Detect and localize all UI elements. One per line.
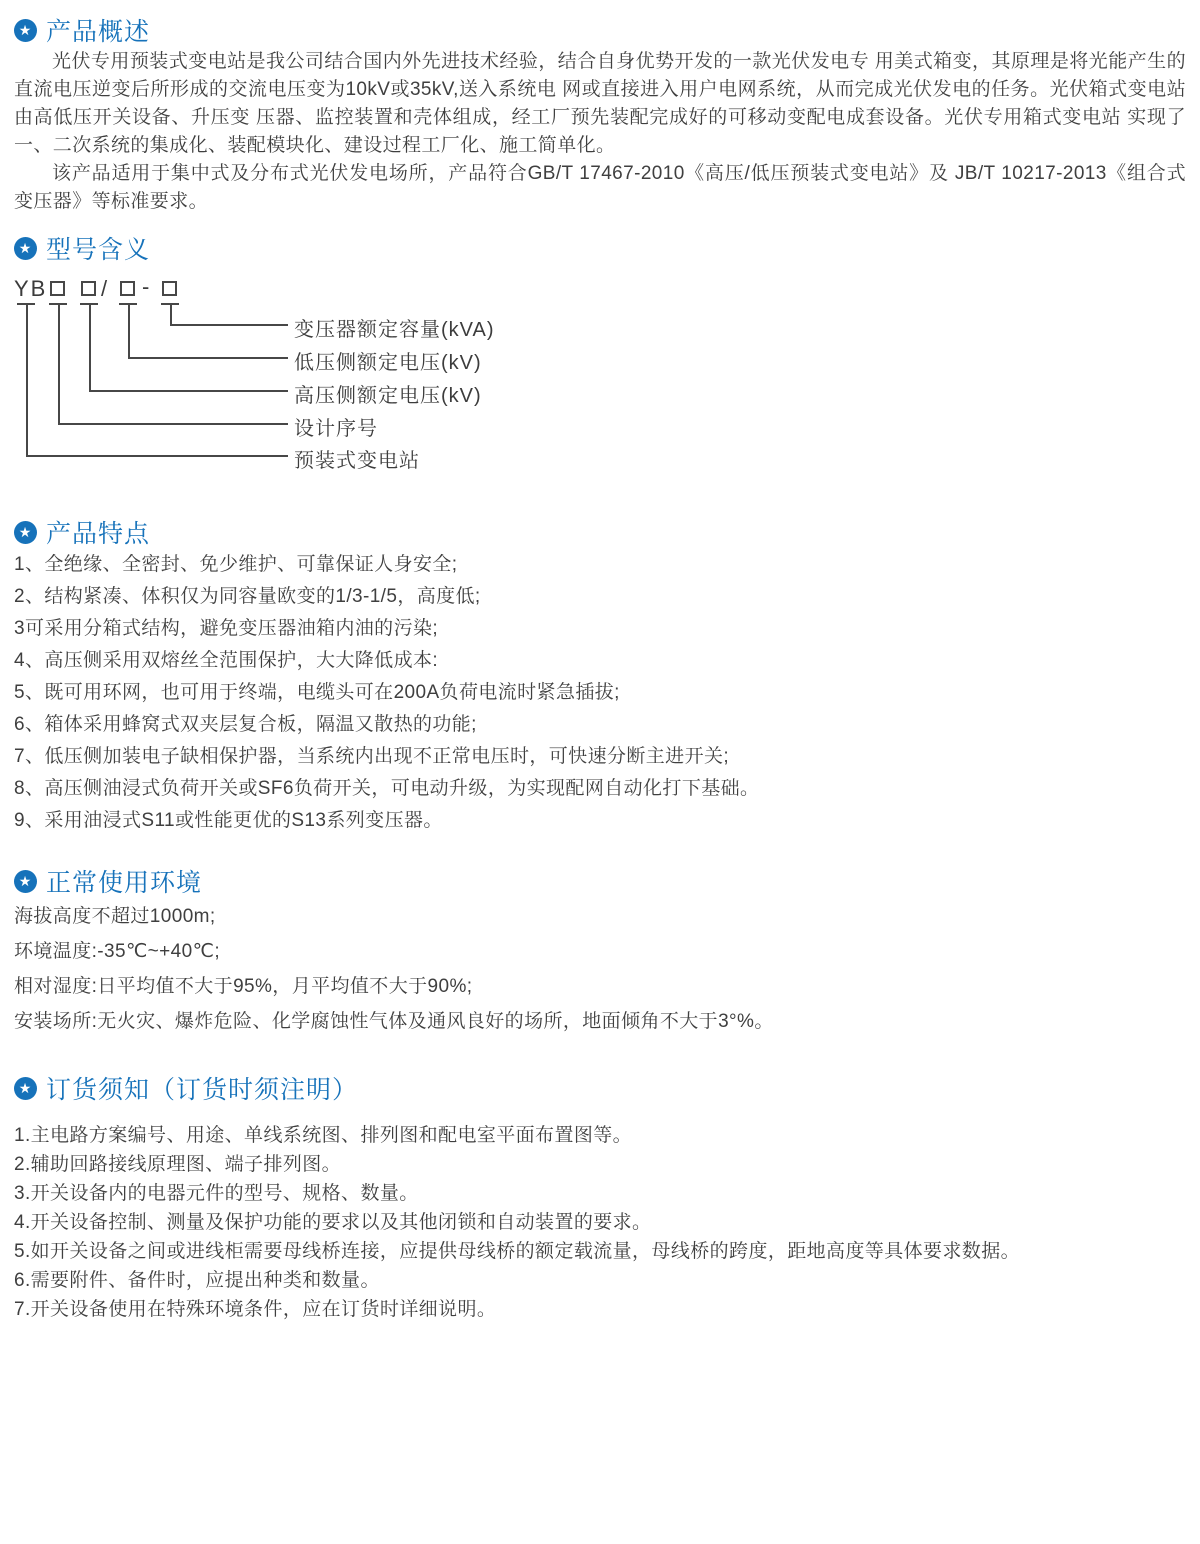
environment-item: 环境温度:-35℃~+40℃; xyxy=(14,934,1190,969)
features-list: 1、全绝缘、全密封、免少维护、可靠保证人身安全; 2、结构紧凑、体积仅为同容量欧… xyxy=(14,549,1190,837)
model-label-capacity: 变压器额定容量(kVA) xyxy=(294,313,495,342)
star-circle-icon: ★ xyxy=(14,1077,37,1100)
feature-item: 7、低压侧加装电子缺相保护器，当系统内出现不正常电压时，可快速分断主进开关; xyxy=(14,741,1190,773)
model-prefix: YB xyxy=(14,276,47,302)
overview-paragraph-1: 光伏专用预装式变电站是我公司结合国内外先进技术经验，结合自身优势开发的一款光伏发… xyxy=(14,48,1186,160)
ordering-item: 5.如开关设备之间或进线柜需要母线桥连接，应提供母线桥的额定载流量，母线桥的跨度… xyxy=(14,1237,1190,1266)
section-heading-features: ★ 产品特点 xyxy=(14,514,150,550)
overview-body: 光伏专用预装式变电站是我公司结合国内外先进技术经验，结合自身优势开发的一款光伏发… xyxy=(14,48,1186,216)
section-heading-model: ★ 型号含义 xyxy=(14,230,150,266)
overview-paragraph-2: 该产品适用于集中式及分布式光伏发电场所，产品符合GB/T 17467-2010《… xyxy=(14,160,1186,216)
feature-item: 8、高压侧油浸式负荷开关或SF6负荷开关，可电动升级，为实现配网自动化打下基础。 xyxy=(14,773,1190,805)
ordering-list: 1.主电路方案编号、用途、单线系统图、排列图和配电室平面布置图等。 2.辅助回路… xyxy=(14,1121,1190,1324)
feature-item: 2、结构紧凑、体积仅为同容量欧变的1/3-1/5，高度低; xyxy=(14,581,1190,613)
feature-item: 3可采用分箱式结构，避免变压器油箱内油的污染; xyxy=(14,613,1190,645)
section-title-overview: 产品概述 xyxy=(46,12,150,48)
star-circle-icon: ★ xyxy=(14,237,37,260)
environment-item: 安装场所:无火灾、爆炸危险、化学腐蚀性气体及通风良好的场所，地面倾角不大于3°%… xyxy=(14,1004,1190,1039)
star-circle-icon: ★ xyxy=(14,19,37,42)
feature-item: 6、箱体采用蜂窝式双夹层复合板，隔温又散热的功能; xyxy=(14,709,1190,741)
star-circle-icon: ★ xyxy=(14,521,37,544)
feature-item: 5、既可用环网，也可用于终端，电缆头可在200A负荷电流时紧急插拔; xyxy=(14,677,1190,709)
model-box-3 xyxy=(120,281,135,296)
feature-item: 4、高压侧采用双熔丝全范围保护，大大降低成本: xyxy=(14,645,1190,677)
feature-item: 9、采用油浸式S11或性能更优的S13系列变压器。 xyxy=(14,805,1190,837)
section-title-environment: 正常使用环境 xyxy=(46,863,202,899)
section-title-ordering: 订货须知（订货时须注明） xyxy=(46,1070,358,1106)
environment-list: 海拔高度不超过1000m; 环境温度:-35℃~+40℃; 相对湿度:日平均值不… xyxy=(14,899,1190,1039)
model-sep-slash: / xyxy=(101,276,109,302)
environment-item: 海拔高度不超过1000m; xyxy=(14,899,1190,934)
catalog-page: ★ 产品概述 光伏专用预装式变电站是我公司结合国内外先进技术经验，结合自身优势开… xyxy=(0,0,1200,1544)
ordering-item: 1.主电路方案编号、用途、单线系统图、排列图和配电室平面布置图等。 xyxy=(14,1121,1190,1150)
ordering-item: 7.开关设备使用在特殊环境条件，应在订货时详细说明。 xyxy=(14,1295,1190,1324)
ordering-item: 6.需要附件、备件时，应提出种类和数量。 xyxy=(14,1266,1190,1295)
section-heading-overview: ★ 产品概述 xyxy=(14,12,150,48)
star-circle-icon: ★ xyxy=(14,870,37,893)
model-label-lv-voltage: 低压侧额定电压(kV) xyxy=(294,346,482,375)
section-heading-ordering: ★ 订货须知（订货时须注明） xyxy=(14,1070,358,1106)
model-box-4 xyxy=(162,281,177,296)
model-label-substation: 预装式变电站 xyxy=(294,444,420,473)
section-title-features: 产品特点 xyxy=(46,514,150,550)
ordering-item: 3.开关设备内的电器元件的型号、规格、数量。 xyxy=(14,1179,1190,1208)
environment-item: 相对湿度:日平均值不大于95%，月平均值不大于90%; xyxy=(14,969,1190,1004)
model-box-2 xyxy=(81,281,96,296)
feature-item: 1、全绝缘、全密封、免少维护、可靠保证人身安全; xyxy=(14,549,1190,581)
model-label-design-seq: 设计序号 xyxy=(294,412,378,441)
section-heading-environment: ★ 正常使用环境 xyxy=(14,863,202,899)
section-title-model: 型号含义 xyxy=(46,230,150,266)
model-sep-dash: - xyxy=(142,274,151,300)
model-box-1 xyxy=(50,281,65,296)
model-label-hv-voltage: 高压侧额定电压(kV) xyxy=(294,379,482,408)
ordering-item: 2.辅助回路接线原理图、端子排列图。 xyxy=(14,1150,1190,1179)
model-branch-line xyxy=(26,303,288,457)
ordering-item: 4.开关设备控制、测量及保护功能的要求以及其他闭锁和自动装置的要求。 xyxy=(14,1208,1190,1237)
